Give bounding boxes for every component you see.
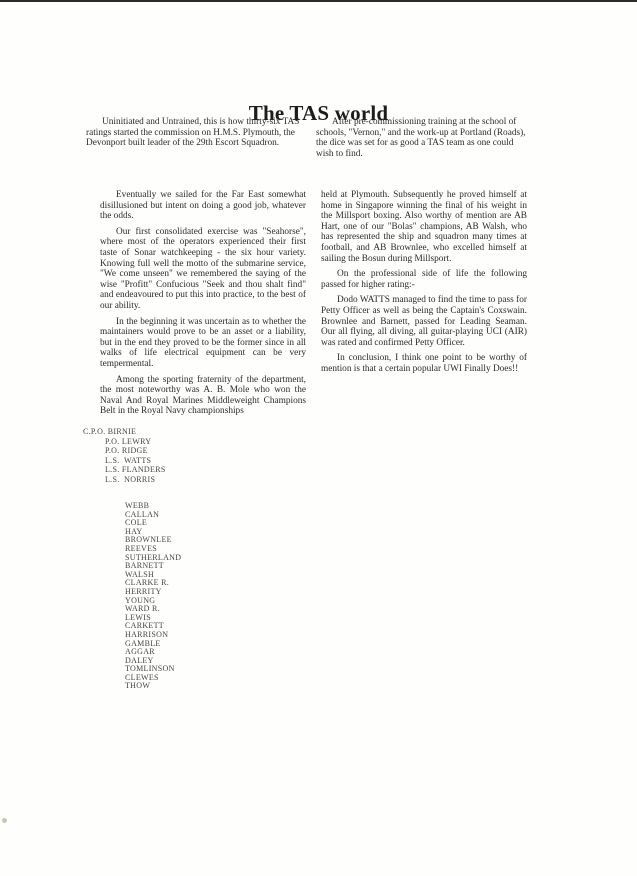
body-right-column: held at Plymouth. Subsequently he proved… xyxy=(321,190,527,380)
body-paragraph: On the professional side of life the fol… xyxy=(321,269,527,290)
scan-top-edge xyxy=(0,0,637,2)
officer-name: L.S. WATTS xyxy=(105,456,166,466)
officer-name: C.P.O. BIRNIE xyxy=(83,427,166,437)
body-paragraph: Eventually we sailed for the Far East so… xyxy=(100,190,306,222)
body-paragraph: In conclusion, I think one point to be w… xyxy=(321,353,527,374)
officer-name: P.O. RIDGE xyxy=(105,446,166,456)
officer-name: P.O. LEWRY xyxy=(105,437,166,447)
intro-paragraph: Uninitiated and Untrained, this is how t… xyxy=(86,117,300,149)
body-left-column: Eventually we sailed for the Far East so… xyxy=(100,190,306,422)
body-paragraph: held at Plymouth. Subsequently he proved… xyxy=(321,190,527,264)
intro-right-column: After pre-commissioning training at the … xyxy=(316,117,532,164)
scan-speck xyxy=(2,818,7,823)
officers-list: C.P.O. BIRNIE P.O. LEWRY P.O. RIDGE L.S.… xyxy=(83,427,166,485)
ratings-list: WEBB CALLAN COLE HAY BROWNLEE REEVES SUT… xyxy=(125,502,181,691)
rating-name: THOW xyxy=(125,682,181,691)
body-paragraph: Our first consolidated exercise was "Sea… xyxy=(100,227,306,312)
body-paragraph: Among the sporting fraternity of the dep… xyxy=(100,375,306,417)
officer-name: L.S. FLANDERS xyxy=(105,465,166,475)
body-paragraph: In the beginning it was uncertain as to … xyxy=(100,317,306,370)
intro-left-column: Uninitiated and Untrained, this is how t… xyxy=(86,117,300,154)
officer-name: L.S. NORRIS xyxy=(105,475,166,485)
body-paragraph: Dodo WATTS managed to find the time to p… xyxy=(321,295,527,348)
intro-paragraph: After pre-commissioning training at the … xyxy=(316,117,532,159)
